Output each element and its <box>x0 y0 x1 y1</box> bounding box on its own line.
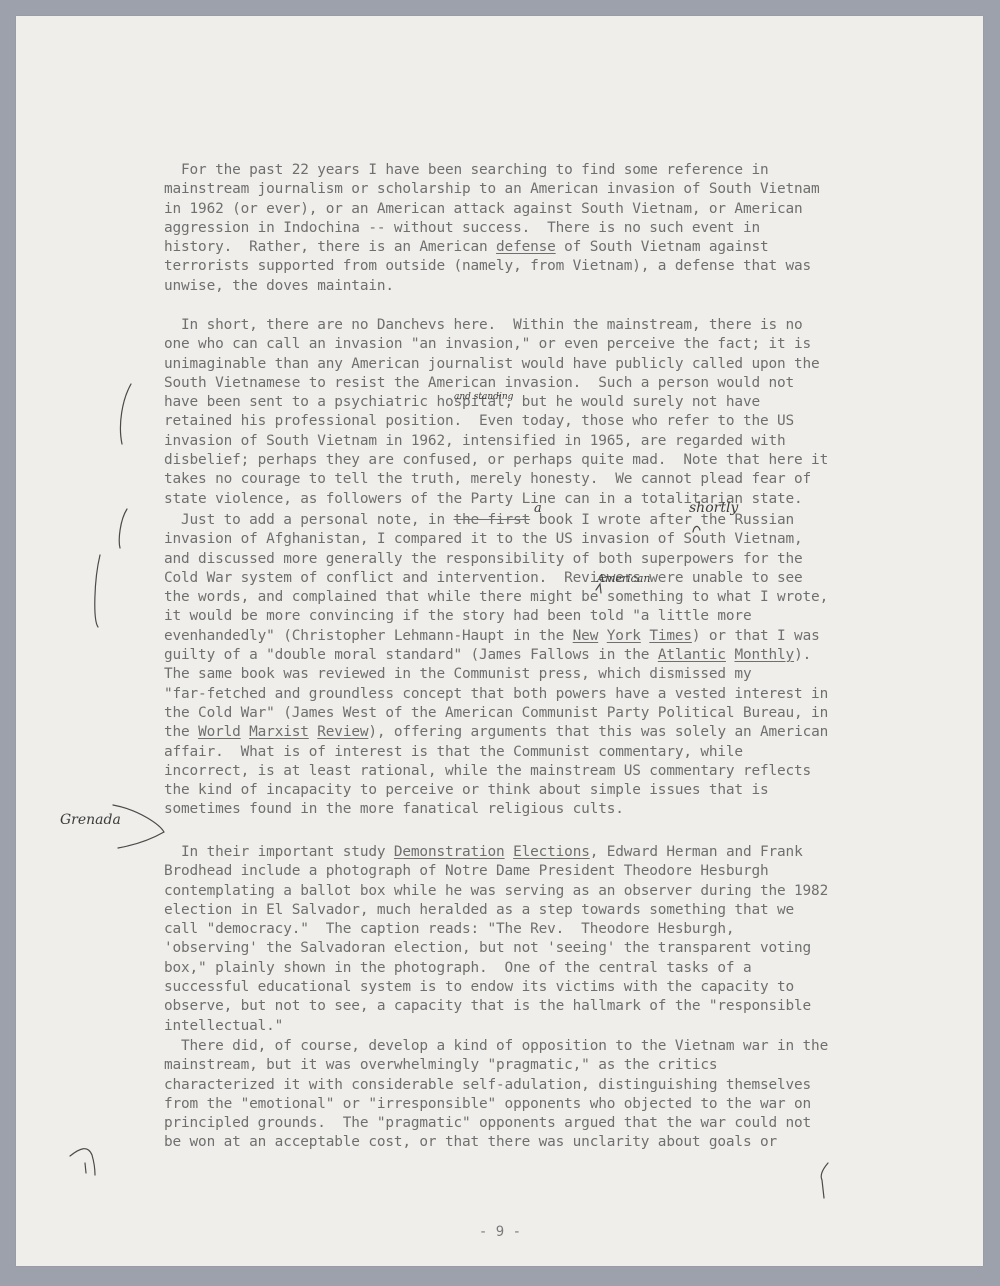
text-line: unimaginable than any American journalis… <box>164 355 828 374</box>
text-line: evenhandedly" (Christopher Lehmann-Haupt… <box>164 627 828 646</box>
underlined-title: Demonstration <box>394 844 505 860</box>
text-line: unwise, the doves maintain. <box>164 277 820 296</box>
underlined-title: Monthly <box>734 647 794 663</box>
paragraph-5: There did, of course, develop a kind of … <box>164 1037 828 1153</box>
text-line: In their important study Demonstration E… <box>164 843 828 862</box>
underlined-title: Atlantic <box>658 647 726 663</box>
text-line: call "democracy." The caption reads: "Th… <box>164 920 828 939</box>
underlined-title: York <box>607 628 641 644</box>
typed-text-body: For the past 22 years I have been search… <box>164 161 181 277</box>
underlined-title: Elections <box>513 844 590 860</box>
paragraph-3: Just to add a personal note, in the firs… <box>164 511 828 820</box>
text-line: "far-fetched and groundless concept that… <box>164 685 828 704</box>
text-line: history. Rather, there is an American de… <box>164 238 820 257</box>
text-line: 'observing' the Salvadoran election, but… <box>164 939 828 958</box>
handwritten-insert-shortly: shortly <box>689 500 738 516</box>
text-line: In short, there are no Danchevs here. Wi… <box>164 316 828 335</box>
text-line: intellectual." <box>164 1017 828 1036</box>
underlined-title: World <box>198 724 241 740</box>
handwritten-insert-american: American <box>597 572 650 585</box>
underlined-title: Review <box>317 724 368 740</box>
text-line: incorrect, is at least rational, while t… <box>164 762 828 781</box>
paragraph-2: In short, there are no Danchevs here. Wi… <box>164 316 828 509</box>
text-line: the kind of incapacity to perceive or th… <box>164 781 828 800</box>
text-line: Cold War system of conflict and interven… <box>164 569 828 588</box>
text-line: takes no courage to tell the truth, mere… <box>164 470 828 489</box>
handwritten-insert-a: a <box>534 501 542 516</box>
struck-text: the first <box>453 512 530 528</box>
text-line: affair. What is of interest is that the … <box>164 743 828 762</box>
text-line: invasion of Afghanistan, I compared it t… <box>164 530 828 549</box>
text-line: the World Marxist Review), offering argu… <box>164 723 828 742</box>
text-line: in 1962 (or ever), or an American attack… <box>164 200 820 219</box>
text-line: retained his professional position. Even… <box>164 412 828 431</box>
text-line: principled grounds. The "pragmatic" oppo… <box>164 1114 828 1133</box>
text-line: aggression in Indochina -- without succe… <box>164 219 820 238</box>
text-line: be won at an acceptable cost, or that th… <box>164 1133 828 1152</box>
text-line: invasion of South Vietnam in 1962, inten… <box>164 432 828 451</box>
text-line: characterized it with considerable self-… <box>164 1076 828 1095</box>
underlined-title: New <box>573 628 599 644</box>
text-line: For the past 22 years I have been search… <box>164 161 820 180</box>
text-line: observe, but not to see, a capacity that… <box>164 997 828 1016</box>
text-line: it would be more convincing if the story… <box>164 607 828 626</box>
text-line: Brodhead include a photograph of Notre D… <box>164 862 828 881</box>
paragraph-4: In their important study Demonstration E… <box>164 843 828 1036</box>
text-line: terrorists supported from outside (namel… <box>164 257 820 276</box>
text-line: mainstream journalism or scholarship to … <box>164 180 820 199</box>
underlined-title: defense <box>496 239 556 255</box>
text-line: guilty of a "double moral standard" (Jam… <box>164 646 828 665</box>
text-line: There did, of course, develop a kind of … <box>164 1037 828 1056</box>
text-line: one who can call an invasion "an invasio… <box>164 335 828 354</box>
text-line: disbelief; perhaps they are confused, or… <box>164 451 828 470</box>
text-line: the Cold War" (James West of the America… <box>164 704 828 723</box>
text-line: sometimes found in the more fanatical re… <box>164 800 828 819</box>
text-line: successful educational system is to endo… <box>164 978 828 997</box>
text-line: contemplating a ballot box while he was … <box>164 882 828 901</box>
page-number: - 9 - <box>0 1224 1000 1240</box>
text-line: box," plainly shown in the photograph. O… <box>164 959 828 978</box>
text-line: the words, and complained that while the… <box>164 588 828 607</box>
text-line: The same book was reviewed in the Commun… <box>164 665 828 684</box>
text-line: South Vietnamese to resist the American … <box>164 374 828 393</box>
handwritten-margin-note: Grenada <box>60 812 121 828</box>
text-line: from the "emotional" or "irresponsible" … <box>164 1095 828 1114</box>
text-line: election in El Salvador, much heralded a… <box>164 901 828 920</box>
text-line: mainstream, but it was overwhelmingly "p… <box>164 1056 828 1075</box>
handwritten-insert-and-standing: and standing <box>454 392 513 402</box>
underlined-title: Marxist <box>249 724 309 740</box>
underlined-title: Times <box>649 628 692 644</box>
paragraph-1: For the past 22 years I have been search… <box>164 161 820 296</box>
text-line: and discussed more generally the respons… <box>164 550 828 569</box>
